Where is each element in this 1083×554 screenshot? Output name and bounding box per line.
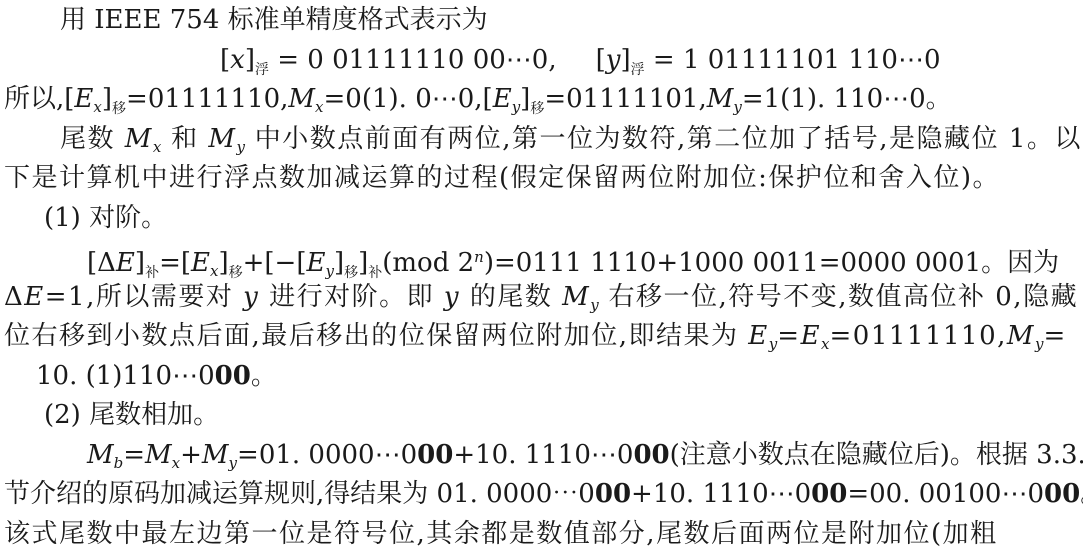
text-run: 00 bbox=[1044, 479, 1080, 509]
text-run: =01. 0000⋯0 bbox=[237, 440, 417, 470]
text-run: ] bbox=[245, 45, 255, 75]
text-run: =1(1). 110⋯0。 bbox=[742, 84, 952, 114]
text-run: 。 bbox=[251, 361, 277, 391]
text-run: = bbox=[123, 440, 145, 470]
result-line: 所以,[Ex]移=01111110,Mx=0(1). 0⋯0,[Ey]移=011… bbox=[4, 80, 1081, 120]
text-run: 进行对阶。即 bbox=[259, 282, 444, 312]
text-run: ] bbox=[520, 84, 530, 114]
text-run: 00 bbox=[215, 361, 251, 391]
step2-formula-line1: Mb=Mx+My=01. 0000⋯000+10. 1110⋯000(注意小数点… bbox=[4, 436, 1081, 476]
text-run: 和 bbox=[161, 124, 208, 154]
text-run: ] bbox=[135, 248, 145, 278]
text-run: ] bbox=[620, 45, 630, 75]
text-run: =0(1). 0⋯0,[ bbox=[324, 84, 493, 114]
text-run: =1,所以需要对 bbox=[45, 282, 243, 312]
text-run: 浮 bbox=[255, 62, 269, 78]
text-run: x bbox=[172, 454, 180, 472]
text-run: 00 bbox=[595, 479, 631, 509]
text-run: 10. (1)110⋯0 bbox=[36, 361, 215, 391]
text-run: 右移一位,符号不变,数值高位补 0,隐藏 bbox=[599, 282, 1078, 312]
text-run: 浮 bbox=[631, 62, 645, 78]
text-run: b bbox=[114, 454, 124, 472]
text-run: y bbox=[606, 45, 621, 75]
text-run: y bbox=[769, 335, 777, 353]
text-run: 00 bbox=[417, 440, 453, 470]
display-formula-line: [x]浮 = 0 01111110 00⋯0, [y]浮 = 1 0111110… bbox=[4, 41, 1081, 81]
text-run: +10. 1110⋯0 bbox=[453, 440, 633, 470]
text-run: 的尾数 bbox=[460, 282, 562, 312]
text-run: Δ bbox=[4, 282, 24, 312]
text-run: E bbox=[748, 321, 768, 351]
text-run bbox=[557, 45, 596, 75]
text-run: 所以,[ bbox=[4, 84, 74, 114]
text-run: n bbox=[474, 248, 484, 266]
step2-text-line1: 节介绍的原码加减运算规则,得结果为 01. 0000⋯000+10. 1110⋯… bbox=[4, 475, 1081, 515]
text-run: 尾数 bbox=[60, 124, 125, 154]
text-run: E bbox=[24, 282, 44, 312]
text-run: y bbox=[733, 98, 741, 116]
text-run: 该式尾数中最左边第一位是符号位,其余都是数值部分,尾数后面两位是附加位(加粗 bbox=[4, 519, 998, 549]
text-run: E bbox=[493, 84, 512, 114]
text-run: 00 bbox=[633, 440, 669, 470]
text-run: x bbox=[315, 98, 323, 116]
text-run: [Δ bbox=[87, 248, 116, 278]
text-run: x bbox=[230, 45, 245, 75]
text-run: =01111101, bbox=[544, 84, 706, 114]
text-run: ] bbox=[102, 84, 112, 114]
para-mantissa-line1: 尾数 Mx 和 My 中小数点前面有两位,第一位为数符,第二位加了括号,是隐藏位… bbox=[4, 120, 1081, 160]
text-run: + bbox=[180, 440, 202, 470]
text-run: 中小数点前面有两位,第一位为数符,第二位加了括号,是隐藏位 1。以 bbox=[245, 124, 1082, 154]
text-run: )=0111 1110+1000 0011=0000 0001。因为 bbox=[484, 248, 1059, 278]
text-run: M bbox=[202, 440, 229, 470]
text-run: ] bbox=[218, 248, 228, 278]
text-run: 下是计算机中进行浮点数加减运算的过程(假定保留两位附加位:保护位和舍入位)。 bbox=[4, 163, 1000, 193]
step1-formula-line1: [ΔE]补=[Ex]移+[−[Ey]移]补(mod 2n)=0111 1110+… bbox=[4, 238, 1081, 278]
text-run: =01111110, bbox=[126, 84, 288, 114]
text-run: (2) 尾数相加。 bbox=[44, 400, 219, 430]
text-run: = bbox=[1044, 321, 1067, 351]
text-run: M bbox=[145, 440, 172, 470]
text-run: 位右移到小数点后面,最后移出的位保留两位附加位,即结果为 bbox=[4, 321, 748, 351]
text-run: M bbox=[707, 84, 734, 114]
step2-heading: (2) 尾数相加。 bbox=[4, 396, 1081, 436]
text-run: 节介绍的原码加减运算规则,得结果为 01. 0000⋯0 bbox=[4, 479, 595, 509]
text-run: 移 bbox=[112, 101, 126, 117]
text-run: E bbox=[191, 248, 210, 278]
text-run: (mod 2 bbox=[382, 248, 474, 278]
text-run: (1) 对阶。 bbox=[44, 203, 167, 233]
text-run: M bbox=[288, 84, 315, 114]
text-run: y bbox=[243, 282, 259, 312]
text-content: 用 IEEE 754 标准单精度格式表示为[x]浮 = 0 01111110 0… bbox=[4, 1, 1081, 554]
text-run: E bbox=[74, 84, 93, 114]
step1-text-line1: ΔE=1,所以需要对 y 进行对阶。即 y 的尾数 My 右移一位,符号不变,数… bbox=[4, 278, 1081, 318]
step1-text-line2: 位右移到小数点后面,最后移出的位保留两位附加位,即结果为 Ey=Ex=01111… bbox=[4, 317, 1081, 357]
text-run: ] bbox=[334, 248, 344, 278]
text-run: M bbox=[125, 124, 153, 154]
para-intro-line: 用 IEEE 754 标准单精度格式表示为 bbox=[4, 1, 1081, 41]
text-run: y bbox=[590, 296, 598, 314]
text-run: = 0 01111110 00⋯0, bbox=[269, 45, 557, 75]
text-run: =[ bbox=[159, 248, 191, 278]
text-run: (注意小数点在隐藏位后)。根据 3.3.2 bbox=[670, 440, 1083, 470]
text-run: y bbox=[229, 454, 237, 472]
text-run: y bbox=[512, 98, 520, 116]
text-run: = 1 01111101 110⋯0 bbox=[645, 45, 941, 75]
text-run: M bbox=[562, 282, 590, 312]
text-run: 移 bbox=[530, 101, 544, 117]
text-run: ] bbox=[358, 248, 368, 278]
text-run: E bbox=[116, 248, 135, 278]
text-run: y bbox=[1035, 335, 1043, 353]
text-run: =01111110, bbox=[830, 321, 1007, 351]
text-run: x bbox=[821, 335, 829, 353]
text-run: E bbox=[306, 248, 325, 278]
step1-formula-cont: 10. (1)110⋯000。 bbox=[4, 357, 1081, 397]
document-page: 用 IEEE 754 标准单精度格式表示为[x]浮 = 0 01111110 0… bbox=[0, 0, 1083, 554]
text-run: E bbox=[801, 321, 821, 351]
text-run: [ bbox=[596, 45, 606, 75]
text-run: M bbox=[87, 440, 114, 470]
text-run: +[−[ bbox=[243, 248, 307, 278]
text-run: M bbox=[208, 124, 236, 154]
text-run: x bbox=[93, 98, 101, 116]
para-mantissa-line2: 下是计算机中进行浮点数加减运算的过程(假定保留两位附加位:保护位和舍入位)。 bbox=[4, 159, 1081, 199]
text-run: [ bbox=[220, 45, 230, 75]
text-run: y bbox=[237, 138, 245, 156]
text-run: =00. 00100⋯0 bbox=[847, 479, 1044, 509]
text-run: +10. 1110⋯0 bbox=[631, 479, 811, 509]
text-run: = bbox=[777, 321, 800, 351]
text-run: M bbox=[1007, 321, 1035, 351]
text-run: y bbox=[444, 282, 460, 312]
step2-text-line2: 该式尾数中最左边第一位是符号位,其余都是数值部分,尾数后面两位是附加位(加粗 bbox=[4, 515, 1081, 554]
step1-heading: (1) 对阶。 bbox=[4, 199, 1081, 239]
text-run: 00 bbox=[811, 479, 847, 509]
text-run: 用 IEEE 754 标准单精度格式表示为 bbox=[60, 5, 488, 35]
